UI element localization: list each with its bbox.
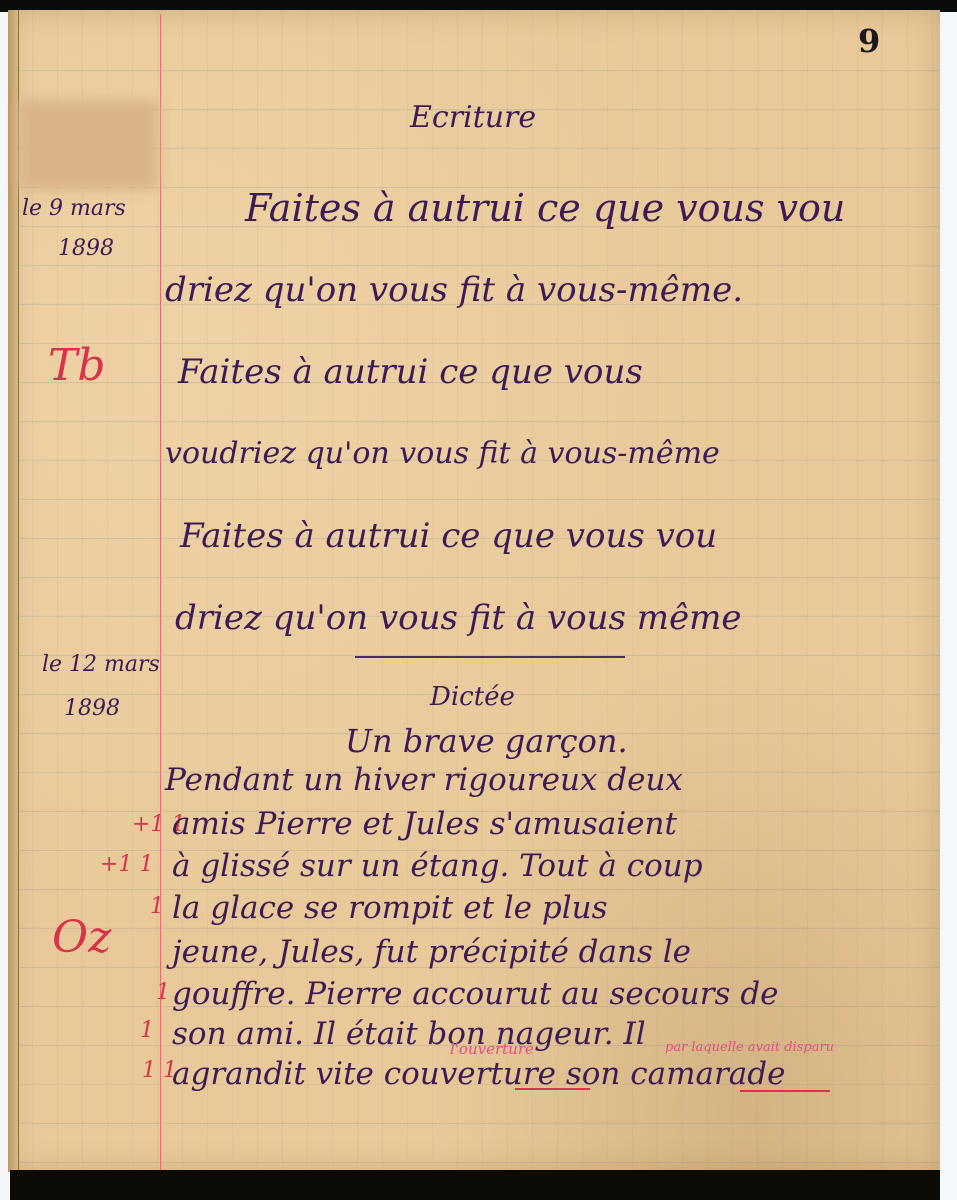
page-number: 9 <box>858 22 880 60</box>
dictee-line: son ami. Il était bon nageur. Il <box>172 1016 646 1052</box>
ecriture-line: driez qu'on vous fit à vous-même. <box>165 270 743 310</box>
dictee-line: à glissé sur un étang. Tout à coup <box>172 848 703 884</box>
scan-bottom-border <box>10 1170 940 1200</box>
correction-note: par laquelle avait disparu <box>665 1040 834 1055</box>
dictee-line: la glace se rompit et le plus <box>172 890 608 926</box>
grade-mark-1: Tb <box>48 340 106 391</box>
dictee-line: Pendant un hiver rigoureux deux <box>165 762 683 798</box>
margin-date-1: le 9 mars <box>22 196 126 221</box>
margin-date-2: le 12 mars <box>42 652 160 677</box>
ecriture-line: driez qu'on vous fit à vous même <box>175 598 742 638</box>
error-mark: 1 <box>156 980 170 1005</box>
ecriture-line: Faites à autrui ce que vous vou <box>180 516 717 556</box>
margin-year-1: 1898 <box>58 236 114 261</box>
error-mark: 1 <box>150 894 164 919</box>
section-title-dictee: Dictée <box>430 682 515 712</box>
dictee-subtitle: Un brave garçon. <box>345 722 628 760</box>
section-title-ecriture: Ecriture <box>410 100 536 135</box>
dictee-line: amis Pierre et Jules s'amusaient <box>172 806 677 842</box>
dictee-line: agrandit vite couverture son camarade <box>172 1056 785 1092</box>
dictee-line: gouffre. Pierre accourut au secours de <box>172 976 779 1012</box>
ecriture-line: Faites à autrui ce que vous <box>178 352 643 392</box>
section-divider <box>355 656 625 658</box>
margin-year-2: 1898 <box>64 696 120 721</box>
grade-mark-2: Oz <box>52 912 111 963</box>
correction-underline <box>740 1090 830 1092</box>
dictee-line: jeune, Jules, fut précipité dans le <box>172 934 691 970</box>
error-mark: 1 <box>140 1018 154 1043</box>
redacted-area <box>18 100 158 190</box>
ecriture-line: voudriez qu'on vous fit à vous-même <box>165 436 720 471</box>
ecriture-line: Faites à autrui ce que vous vou <box>245 186 845 230</box>
error-mark: +1 1 <box>100 852 153 877</box>
correction-underline <box>515 1088 590 1090</box>
